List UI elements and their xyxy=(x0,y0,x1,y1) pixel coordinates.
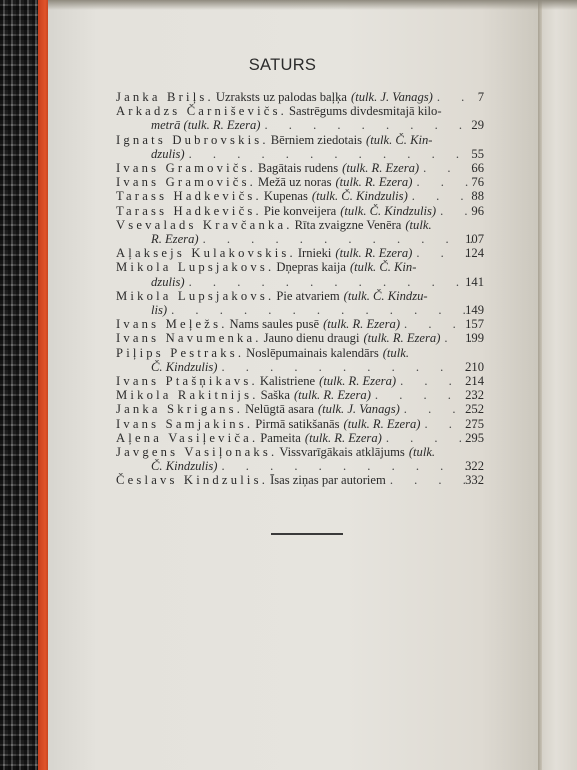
background-fabric xyxy=(0,0,40,770)
page-number: 7 xyxy=(452,90,484,104)
toc-entry: Piļips Pestraks.Noslēpumainais kalendārs… xyxy=(116,346,478,374)
translator: (tulk. Č. Kin- xyxy=(350,260,416,274)
toc-line: Vsevalads Kravčanka.Rīta zvaigzne Venēra… xyxy=(116,218,478,232)
translator: (tulk. R. Ezera) xyxy=(305,431,382,445)
toc-entry: Ignats Dubrovskis.Bērniem ziedotais(tulk… xyxy=(116,133,478,161)
toc-line: Ivans Samjakins.Pirmā satikšanās(tulk. R… xyxy=(116,417,478,431)
continued-text: dzulis) xyxy=(151,275,185,289)
toc-line: Ivans Meļežs.Nams saules pusē(tulk. R. E… xyxy=(116,317,478,331)
toc-entry: Vsevalads Kravčanka.Rīta zvaigzne Venēra… xyxy=(116,218,478,246)
translator: (tulk. Č. Kindzu- xyxy=(344,289,428,303)
author-name: Javgens Vasiļonaks. xyxy=(116,445,277,459)
toc-line: Arkadzs Čarniševičs.Sastrēgums divdesmit… xyxy=(116,104,478,118)
translator: (tulk. R. Ezera) xyxy=(319,374,396,388)
toc-entry: Ivans Gramovičs.Bagātais rudens(tulk. R.… xyxy=(116,161,478,175)
page-number: 295 xyxy=(452,431,484,445)
translator: (tulk. xyxy=(409,445,435,459)
toc-entry: Ivans Samjakins.Pirmā satikšanās(tulk. R… xyxy=(116,417,478,431)
translator: (tulk. Č. Kin- xyxy=(366,133,432,147)
page-number: 29 xyxy=(452,118,484,132)
author-name: Aļaksejs Kulakovskis. xyxy=(116,246,296,260)
toc-entry: Tarass Hadkevičs.Pie konveijera(tulk. Č.… xyxy=(116,204,478,218)
toc-line-continued: Č. Kindzulis). . . . . . . . . . . . . .… xyxy=(116,360,478,374)
continued-text: lis) xyxy=(151,303,167,317)
toc-line: Tarass Hadkevičs.Pie konveijera(tulk. Č.… xyxy=(116,204,478,218)
translator: (tulk. R. Ezera) xyxy=(342,161,419,175)
toc-line: Česlavs Kindzulis.Īsas ziņas par autorie… xyxy=(116,473,478,487)
work-title: Rīta zvaigzne Venēra xyxy=(295,218,402,232)
page-number: 332 xyxy=(452,473,484,487)
toc-line: Mikola Rakitnijs.Saška(tulk. R. Ezera). … xyxy=(116,388,478,402)
toc-line: Mikola Lupsjakovs.Dņepras kaija(tulk. Č.… xyxy=(116,260,478,274)
toc-line: Ivans Gramovičs.Mežā uz noras(tulk. R. E… xyxy=(116,175,478,189)
author-name: Janka Skrigans. xyxy=(116,402,243,416)
author-name: Aļena Vasiļeviča. xyxy=(116,431,258,445)
continued-text: metrā (tulk. R. Ezera) xyxy=(151,118,260,132)
page-number: 88 xyxy=(452,189,484,203)
toc-entry: Janka Skrigans.Nelūgtā asara(tulk. J. Va… xyxy=(116,402,478,416)
page-number: 214 xyxy=(452,374,484,388)
author-name: Tarass Hadkevičs. xyxy=(116,204,262,218)
author-name: Ignats Dubrovskis. xyxy=(116,133,269,147)
facing-page-edge xyxy=(542,0,577,770)
page-number: 66 xyxy=(452,161,484,175)
page-number: 210 xyxy=(452,360,484,374)
top-shadow xyxy=(48,0,577,10)
page-number: 76 xyxy=(452,175,484,189)
toc-line-continued: Č. Kindzulis). . . . . . . . . . . . . .… xyxy=(116,459,478,473)
toc-entry: Arkadzs Čarniševičs.Sastrēgums divdesmit… xyxy=(116,104,478,132)
toc-line: Piļips Pestraks.Noslēpumainais kalendārs… xyxy=(116,346,478,360)
work-title: Saška xyxy=(261,388,290,402)
translator: (tulk. Č. Kindzulis) xyxy=(340,204,436,218)
page-number: 322 xyxy=(452,459,484,473)
page-number: 96 xyxy=(452,204,484,218)
translator: (tulk. R. Ezera) xyxy=(335,175,412,189)
toc-entry: Ivans Gramovičs.Mežā uz noras(tulk. R. E… xyxy=(116,175,478,189)
author-name: Česlavs Kindzulis. xyxy=(116,473,268,487)
work-title: Pie konveijera xyxy=(264,204,336,218)
translator: (tulk. J. Vanags) xyxy=(318,402,400,416)
author-name: Piļips Pestraks. xyxy=(116,346,244,360)
work-title: Nams saules pusē xyxy=(230,317,320,331)
toc-entry: Tarass Hadkevičs.Kupenas(tulk. Č. Kindzu… xyxy=(116,189,478,203)
leader-dots: . . . . . . . . . . . . . . . . . . . . xyxy=(221,459,478,473)
toc-entry: Ivans Meļežs.Nams saules pusē(tulk. R. E… xyxy=(116,317,478,331)
author-name: Ivans Gramovičs. xyxy=(116,175,256,189)
toc-line-continued: R. Ezera). . . . . . . . . . . . . . . .… xyxy=(116,232,478,246)
toc-line: Aļena Vasiļeviča.Pameita(tulk. R. Ezera)… xyxy=(116,431,478,445)
translator: (tulk. J. Vanags) xyxy=(351,90,433,104)
toc-line-continued: dzulis). . . . . . . . . . . . . . . . .… xyxy=(116,147,478,161)
toc-line: Janka Skrigans.Nelūgtā asara(tulk. J. Va… xyxy=(116,402,478,416)
author-name: Ivans Navumenka. xyxy=(116,331,262,345)
page-number: 275 xyxy=(452,417,484,431)
author-name: Tarass Hadkevičs. xyxy=(116,189,262,203)
translator: (tulk. R. Ezera) xyxy=(323,317,400,331)
page-number: 199 xyxy=(452,331,484,345)
leader-dots: . . . . . . . . . . . . . . . . . . . . xyxy=(189,147,478,161)
page-title: SATURS xyxy=(0,56,577,75)
author-name: Ivans Ptašņikavs. xyxy=(116,374,258,388)
leader-dots: . . . . . . . . . . . . . . . . . . . . xyxy=(221,360,478,374)
work-title: Pameita xyxy=(260,431,301,445)
toc-line: Ivans Navumenka.Jauno dienu draugi(tulk.… xyxy=(116,331,478,345)
page-number: 124 xyxy=(452,246,484,260)
toc-entry: Ivans Navumenka.Jauno dienu draugi(tulk.… xyxy=(116,331,478,345)
leader-dots: . . . . . . . . . . . . . . . . . . . . xyxy=(189,275,478,289)
work-title: Vissvarīgākais atklājums xyxy=(279,445,405,459)
work-title: Jauno dienu draugi xyxy=(264,331,360,345)
toc-entry: Mikola Lupsjakovs.Pie atvariem(tulk. Č. … xyxy=(116,289,478,317)
toc-entry: Ivans Ptašņikavs.Kalistriene(tulk. R. Ez… xyxy=(116,374,478,388)
toc-line: Janka Briļs.Uzraksts uz palodas baļķa(tu… xyxy=(116,90,478,104)
page-number: 107 xyxy=(452,232,484,246)
author-name: Ivans Meļežs. xyxy=(116,317,228,331)
author-name: Janka Briļs. xyxy=(116,90,214,104)
page-number: 55 xyxy=(452,147,484,161)
toc-entry: Mikola Rakitnijs.Saška(tulk. R. Ezera). … xyxy=(116,388,478,402)
toc-line: Mikola Lupsjakovs.Pie atvariem(tulk. Č. … xyxy=(116,289,478,303)
translator: (tulk. R. Ezera) xyxy=(335,246,412,260)
leader-dots: . . . . . . . . . . . . . . . . . . . . xyxy=(203,232,478,246)
continued-text: Č. Kindzulis) xyxy=(151,360,217,374)
work-title: Bagātais rudens xyxy=(258,161,338,175)
toc-entry: Janka Briļs.Uzraksts uz palodas baļķa(tu… xyxy=(116,90,478,104)
work-title: Dņepras kaija xyxy=(276,260,346,274)
table-of-contents: Janka Briļs.Uzraksts uz palodas baļķa(tu… xyxy=(116,90,478,488)
toc-entry: Česlavs Kindzulis.Īsas ziņas par autorie… xyxy=(116,473,478,487)
page-number: 252 xyxy=(452,402,484,416)
work-title: Mežā uz noras xyxy=(258,175,331,189)
leader-dots: . . . . . . . . . . . . . . . . . . . . xyxy=(171,303,478,317)
work-title: Sastrēgums divdesmitajā kilo- xyxy=(289,104,442,118)
work-title: Pie atvariem xyxy=(276,289,339,303)
toc-line: Aļaksejs Kulakovskis.Irnieki(tulk. R. Ez… xyxy=(116,246,478,260)
toc-line: Ignats Dubrovskis.Bērniem ziedotais(tulk… xyxy=(116,133,478,147)
page-number: 149 xyxy=(452,303,484,317)
translator: (tulk. R. Ezera) xyxy=(363,331,440,345)
author-name: Vsevalads Kravčanka. xyxy=(116,218,293,232)
author-name: Mikola Lupsjakovs. xyxy=(116,260,274,274)
toc-entry: Aļena Vasiļeviča.Pameita(tulk. R. Ezera)… xyxy=(116,431,478,445)
work-title: Irnieki xyxy=(298,246,332,260)
end-rule xyxy=(271,533,343,535)
toc-entry: Aļaksejs Kulakovskis.Irnieki(tulk. R. Ez… xyxy=(116,246,478,260)
work-title: Bērniem ziedotais xyxy=(271,133,362,147)
leader-dots: . . . . . . . . . . . . . . . . . . . . xyxy=(264,118,478,132)
work-title: Uzraksts uz palodas baļķa xyxy=(216,90,347,104)
continued-text: Č. Kindzulis) xyxy=(151,459,217,473)
work-title: Pirmā satikšanās xyxy=(255,417,339,431)
work-title: Kalistriene xyxy=(260,374,315,388)
page-number: 232 xyxy=(452,388,484,402)
toc-line: Ivans Ptašņikavs.Kalistriene(tulk. R. Ez… xyxy=(116,374,478,388)
toc-line-continued: metrā (tulk. R. Ezera). . . . . . . . . … xyxy=(116,118,478,132)
page-number: 141 xyxy=(452,275,484,289)
author-name: Mikola Rakitnijs. xyxy=(116,388,259,402)
author-name: Mikola Lupsjakovs. xyxy=(116,289,274,303)
work-title: Kupenas xyxy=(264,189,308,203)
toc-line-continued: lis). . . . . . . . . . . . . . . . . . … xyxy=(116,303,478,317)
author-name: Arkadzs Čarniševičs. xyxy=(116,104,287,118)
work-title: Nelūgtā asara xyxy=(245,402,314,416)
toc-line: Tarass Hadkevičs.Kupenas(tulk. Č. Kindzu… xyxy=(116,189,478,203)
translator: (tulk. R. Ezera) xyxy=(294,388,371,402)
author-name: Ivans Samjakins. xyxy=(116,417,253,431)
work-title: Īsas ziņas par autoriem xyxy=(270,473,386,487)
toc-line: Ivans Gramovičs.Bagātais rudens(tulk. R.… xyxy=(116,161,478,175)
toc-line: Javgens Vasiļonaks.Vissvarīgākais atklāj… xyxy=(116,445,478,459)
translator: (tulk. R. Ezera) xyxy=(344,417,421,431)
continued-text: R. Ezera) xyxy=(151,232,199,246)
work-title: Noslēpumainais kalendārs xyxy=(246,346,379,360)
author-name: Ivans Gramovičs. xyxy=(116,161,256,175)
toc-entry: Mikola Lupsjakovs.Dņepras kaija(tulk. Č.… xyxy=(116,260,478,288)
translator: (tulk. Č. Kindzulis) xyxy=(312,189,408,203)
toc-line-continued: dzulis). . . . . . . . . . . . . . . . .… xyxy=(116,275,478,289)
toc-entry: Javgens Vasiļonaks.Vissvarīgākais atklāj… xyxy=(116,445,478,473)
continued-text: dzulis) xyxy=(151,147,185,161)
translator: (tulk. xyxy=(405,218,431,232)
page-number: 157 xyxy=(452,317,484,331)
translator: (tulk. xyxy=(383,346,409,360)
